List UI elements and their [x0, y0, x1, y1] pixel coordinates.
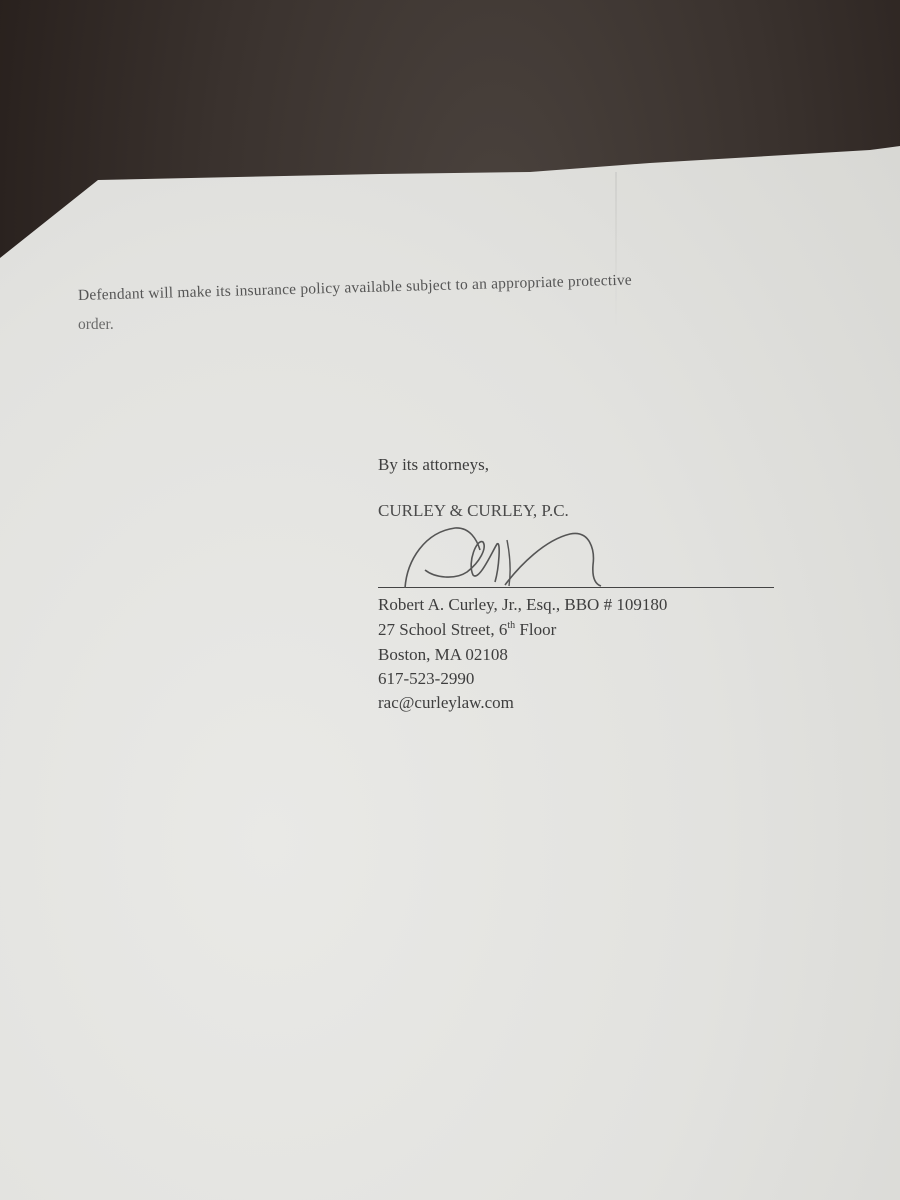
- handwritten-signature-icon: [395, 520, 625, 600]
- attorney-phone: 617-523-2990: [378, 669, 474, 689]
- floor-text: Floor: [515, 620, 556, 639]
- attorney-address-street: 27 School Street, 6th Floor: [378, 620, 556, 640]
- attorney-address-city: Boston, MA 02108: [378, 645, 508, 665]
- street-text: 27 School Street, 6: [378, 620, 507, 639]
- signature-intro: By its attorneys,: [378, 455, 489, 475]
- body-paragraph-line-2: order.: [78, 316, 114, 334]
- paper-fold: [615, 172, 617, 332]
- ordinal-suffix: th: [507, 620, 515, 631]
- attorney-email: rac@curleylaw.com: [378, 693, 514, 713]
- law-firm-name: CURLEY & CURLEY, P.C.: [378, 501, 569, 521]
